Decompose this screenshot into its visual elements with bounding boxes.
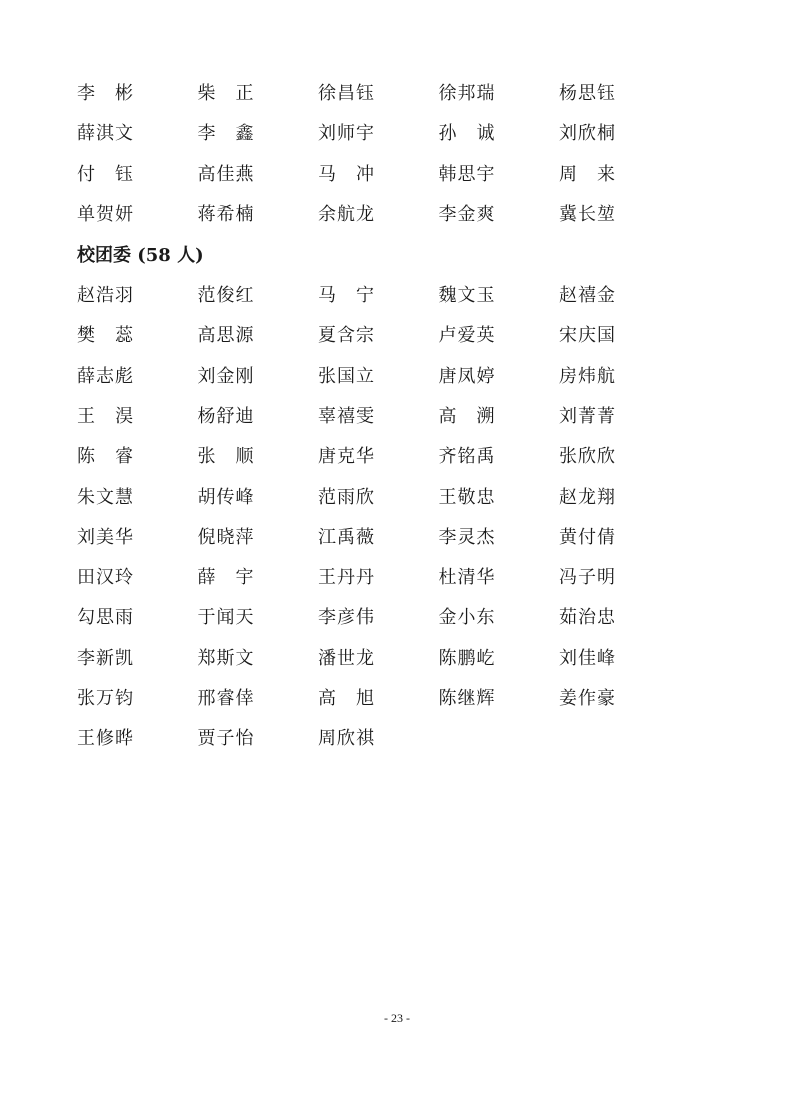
name-row: 李 彬柴 正徐昌钰徐邦瑞杨思钰 bbox=[77, 80, 680, 108]
person-name: 薛淇文 bbox=[77, 120, 198, 148]
person-name: 周欣祺 bbox=[318, 725, 439, 753]
name-row: 赵浩羽范俊红马 宁魏文玉赵禧金 bbox=[77, 282, 680, 310]
person-name: 唐凤婷 bbox=[439, 363, 560, 391]
person-name: 陈继辉 bbox=[439, 685, 560, 713]
name-row: 樊 蕊高思源夏含宗卢爱英宋庆国 bbox=[77, 322, 680, 350]
person-name: 邢睿倖 bbox=[198, 685, 319, 713]
person-name: 茹治忠 bbox=[559, 604, 680, 632]
person-name: 王 淏 bbox=[77, 403, 198, 431]
person-name: 姜作豪 bbox=[559, 685, 680, 713]
person-name: 李灵杰 bbox=[439, 524, 560, 552]
person-name: 刘欣桐 bbox=[559, 120, 680, 148]
name-row: 刘美华倪晓萍江禹薇李灵杰黄付倩 bbox=[77, 524, 680, 552]
person-name: 马 宁 bbox=[318, 282, 439, 310]
person-name: 付 钰 bbox=[77, 161, 198, 189]
name-row: 薛淇文李 鑫刘师宇孙 诚刘欣桐 bbox=[77, 120, 680, 148]
person-name: 高 旭 bbox=[318, 685, 439, 713]
name-row: 王修晔贾子怡周欣祺 bbox=[77, 725, 439, 753]
person-name: 徐邦瑞 bbox=[439, 80, 560, 108]
person-name: 辜禧雯 bbox=[318, 403, 439, 431]
person-name: 李金爽 bbox=[439, 201, 560, 229]
person-name: 张 顺 bbox=[198, 443, 319, 471]
person-name: 夏含宗 bbox=[318, 322, 439, 350]
document-page: 李 彬柴 正徐昌钰徐邦瑞杨思钰薛淇文李 鑫刘师宇孙 诚刘欣桐付 钰高佳燕马 冲韩… bbox=[0, 0, 794, 1093]
person-name: 刘佳峰 bbox=[559, 645, 680, 673]
section-title-school-youth-league: 校团委 (58 人) bbox=[77, 242, 204, 270]
name-row: 张万钧邢睿倖高 旭陈继辉姜作豪 bbox=[77, 685, 680, 713]
name-row: 田汉玲薛 宇王丹丹杜清华冯子明 bbox=[77, 564, 680, 592]
person-name: 杨舒迪 bbox=[198, 403, 319, 431]
person-name: 蒋希楠 bbox=[198, 201, 319, 229]
person-name: 王敬忠 bbox=[439, 484, 560, 512]
person-name: 杨思钰 bbox=[559, 80, 680, 108]
person-name: 薛志彪 bbox=[77, 363, 198, 391]
person-name: 刘美华 bbox=[77, 524, 198, 552]
person-name: 孙 诚 bbox=[439, 120, 560, 148]
person-name: 金小东 bbox=[439, 604, 560, 632]
person-name: 赵禧金 bbox=[559, 282, 680, 310]
person-name: 冀长堃 bbox=[559, 201, 680, 229]
person-name: 宋庆国 bbox=[559, 322, 680, 350]
person-name: 黄付倩 bbox=[559, 524, 680, 552]
person-name: 魏文玉 bbox=[439, 282, 560, 310]
person-name: 刘金刚 bbox=[198, 363, 319, 391]
page-number: - 23 - bbox=[0, 1011, 794, 1026]
person-name: 范雨欣 bbox=[318, 484, 439, 512]
person-name: 贾子怡 bbox=[198, 725, 319, 753]
person-name: 高 溯 bbox=[439, 403, 560, 431]
person-name: 杜清华 bbox=[439, 564, 560, 592]
person-name: 王丹丹 bbox=[318, 564, 439, 592]
person-name: 薛 宇 bbox=[198, 564, 319, 592]
name-row: 薛志彪刘金刚张国立唐凤婷房炜航 bbox=[77, 363, 680, 391]
person-name: 郑斯文 bbox=[198, 645, 319, 673]
person-name: 李新凯 bbox=[77, 645, 198, 673]
person-name: 周 来 bbox=[559, 161, 680, 189]
name-row: 王 淏杨舒迪辜禧雯高 溯刘菁菁 bbox=[77, 403, 680, 431]
name-row: 李新凯郑斯文潘世龙陈鹏屹刘佳峰 bbox=[77, 645, 680, 673]
person-name: 王修晔 bbox=[77, 725, 198, 753]
person-name: 倪晓萍 bbox=[198, 524, 319, 552]
person-name: 陈 睿 bbox=[77, 443, 198, 471]
person-name: 刘菁菁 bbox=[559, 403, 680, 431]
person-name: 齐铭禹 bbox=[439, 443, 560, 471]
person-name: 张万钧 bbox=[77, 685, 198, 713]
person-name: 李 彬 bbox=[77, 80, 198, 108]
name-row: 朱文慧胡传峰范雨欣王敬忠赵龙翔 bbox=[77, 484, 680, 512]
person-name: 胡传峰 bbox=[198, 484, 319, 512]
person-name: 余航龙 bbox=[318, 201, 439, 229]
person-name: 刘师宇 bbox=[318, 120, 439, 148]
person-name: 田汉玲 bbox=[77, 564, 198, 592]
person-name: 张欣欣 bbox=[559, 443, 680, 471]
person-name: 李彦伟 bbox=[318, 604, 439, 632]
person-name: 江禹薇 bbox=[318, 524, 439, 552]
name-row: 单贺妍蒋希楠余航龙李金爽冀长堃 bbox=[77, 201, 680, 229]
person-name: 赵浩羽 bbox=[77, 282, 198, 310]
name-row: 陈 睿张 顺唐克华齐铭禹张欣欣 bbox=[77, 443, 680, 471]
person-name: 张国立 bbox=[318, 363, 439, 391]
person-name: 单贺妍 bbox=[77, 201, 198, 229]
person-name: 柴 正 bbox=[198, 80, 319, 108]
person-name: 勾思雨 bbox=[77, 604, 198, 632]
person-name: 朱文慧 bbox=[77, 484, 198, 512]
person-name: 马 冲 bbox=[318, 161, 439, 189]
person-name: 韩思宇 bbox=[439, 161, 560, 189]
person-name: 唐克华 bbox=[318, 443, 439, 471]
person-name: 房炜航 bbox=[559, 363, 680, 391]
person-name: 赵龙翔 bbox=[559, 484, 680, 512]
person-name: 李 鑫 bbox=[198, 120, 319, 148]
person-name: 冯子明 bbox=[559, 564, 680, 592]
name-row: 付 钰高佳燕马 冲韩思宇周 来 bbox=[77, 161, 680, 189]
person-name: 陈鹏屹 bbox=[439, 645, 560, 673]
person-name: 樊 蕊 bbox=[77, 322, 198, 350]
person-name: 范俊红 bbox=[198, 282, 319, 310]
name-row: 勾思雨于闻天李彦伟金小东茹治忠 bbox=[77, 604, 680, 632]
person-name: 徐昌钰 bbox=[318, 80, 439, 108]
person-name: 高佳燕 bbox=[198, 161, 319, 189]
person-name: 高思源 bbox=[198, 322, 319, 350]
person-name: 于闻天 bbox=[198, 604, 319, 632]
person-name: 潘世龙 bbox=[318, 645, 439, 673]
person-name: 卢爱英 bbox=[439, 322, 560, 350]
